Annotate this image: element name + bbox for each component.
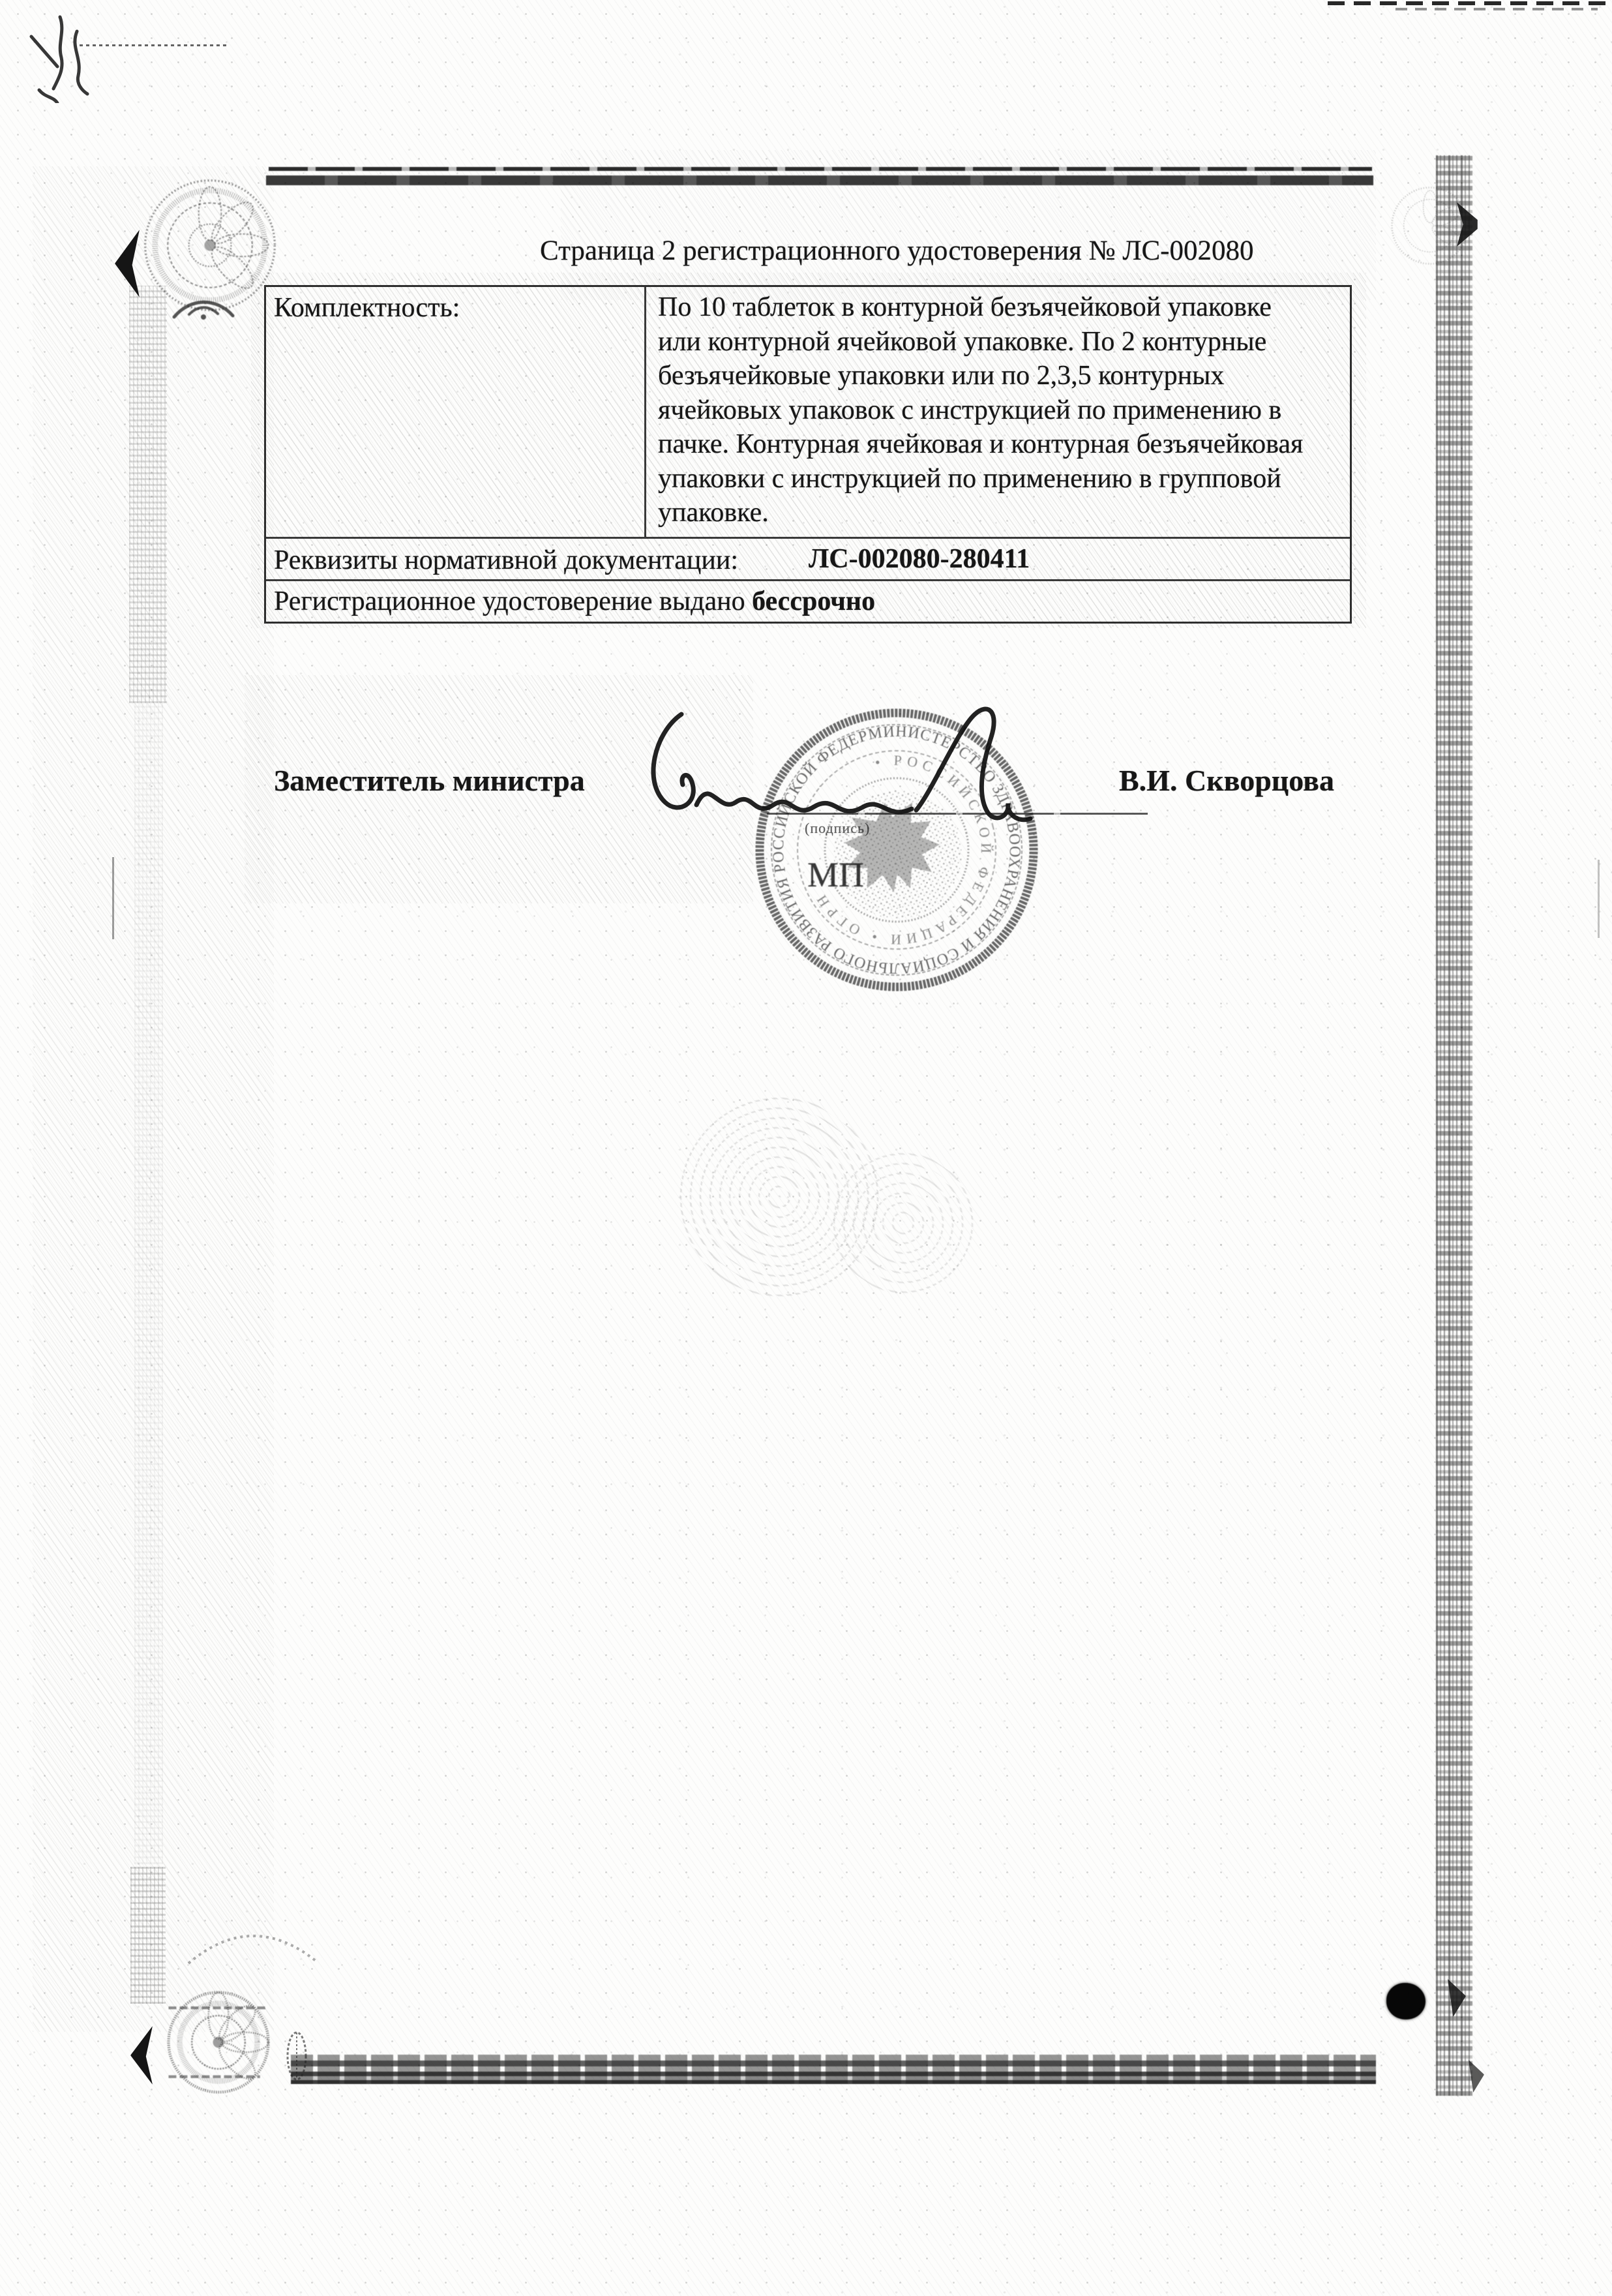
row-value: ЛС-002080-280411 xyxy=(809,543,1030,575)
scanned-certificate-page: Страница 2 регистрационного удостоверени… xyxy=(0,0,1612,2296)
signature-line xyxy=(760,813,1148,815)
left-guilloche-strip-top xyxy=(129,286,167,703)
signature-caption: (подпись) xyxy=(805,820,870,837)
right-edge-tick xyxy=(1598,860,1600,938)
left-arrow-ornament-bottom xyxy=(130,2026,153,2085)
left-edge-tick xyxy=(112,857,114,939)
page-header: Страница 2 регистрационного удостоверени… xyxy=(540,235,1253,267)
top-right-edge-dashes-2 xyxy=(1396,8,1598,10)
pen-line xyxy=(80,44,227,46)
left-guilloche-strip-middle xyxy=(134,703,163,1864)
guilloche-rosette-bottom-left xyxy=(163,1980,274,2104)
bottom-guilloche-band xyxy=(291,2055,1376,2084)
left-guilloche-strip-bottom xyxy=(130,1867,166,2004)
faint-arc-ornament xyxy=(185,1923,319,1969)
signer-name: В.И. Скворцова xyxy=(1119,763,1334,798)
details-table: Комплектность: По 10 таблеток в контурно… xyxy=(264,285,1352,624)
top-right-edge-dashes xyxy=(1328,1,1612,5)
row-value: По 10 таблеток в контурной безъячейковой… xyxy=(646,287,1350,537)
right-guilloche-band xyxy=(1436,155,1472,2096)
watermark-arcs-right xyxy=(828,1148,978,1298)
black-dot-mark xyxy=(1386,1983,1425,2019)
table-row-vydano: Регистрационное удостоверение выдано бес… xyxy=(266,579,1350,622)
table-row-komplektnost: Комплектность: По 10 таблеток в контурно… xyxy=(266,287,1350,537)
wing-ornament xyxy=(171,292,236,325)
row-label: Реквизиты нормативной документации: xyxy=(274,545,738,576)
guilloche-rosette-top-right xyxy=(1388,180,1472,271)
row-label: Комплектность: xyxy=(266,287,646,537)
top-border-line-2 xyxy=(266,175,1373,185)
top-center-hatch xyxy=(561,150,1376,300)
row-text: Регистрационное удостоверение выдано xyxy=(274,586,752,616)
watermark-arcs-left xyxy=(678,1096,880,1298)
row-text-emphasis: бессрочно xyxy=(752,586,875,616)
signer-post: Заместитель министра xyxy=(274,763,585,798)
table-row-rekvizity: Реквизиты нормативной документации: ЛС-0… xyxy=(266,537,1350,579)
top-border-line-1 xyxy=(269,167,1372,171)
seal-place-mark: МП xyxy=(807,854,864,895)
handwritten-corner-mark xyxy=(20,12,98,103)
leaf-ornament xyxy=(283,2029,310,2083)
left-arrow-ornament-top xyxy=(115,230,140,297)
